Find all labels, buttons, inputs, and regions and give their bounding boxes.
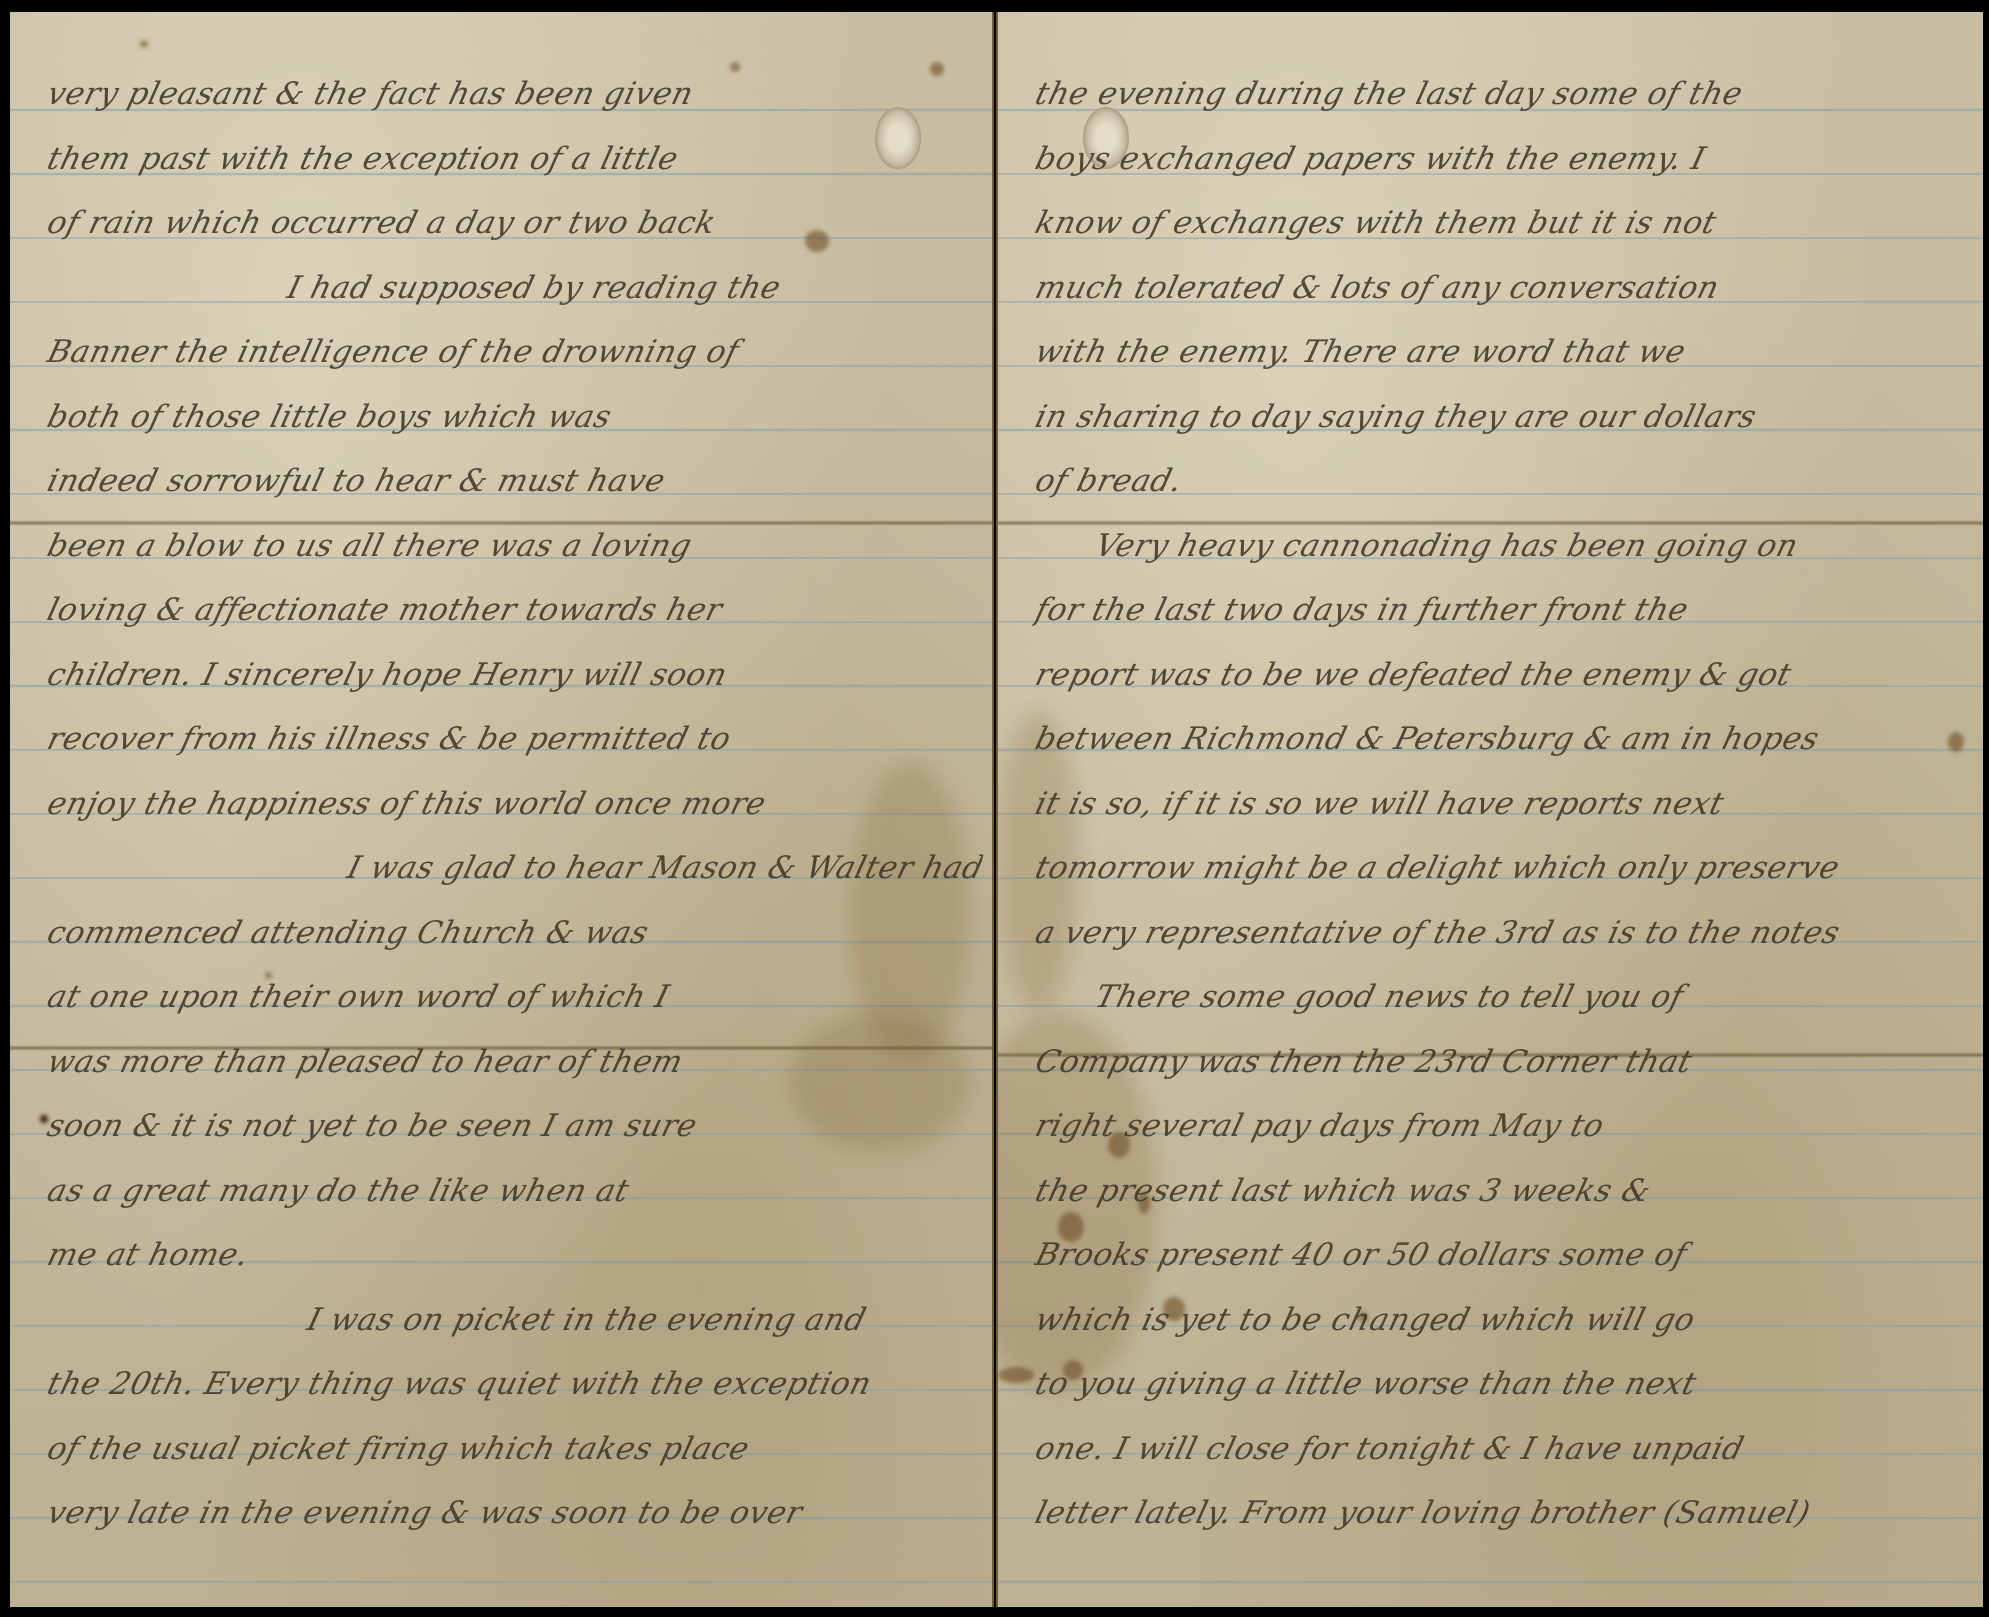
handwritten-line: both of those little boys which was bbox=[40, 385, 988, 450]
handwritten-line: I was glad to hear Mason & Walter had bbox=[40, 836, 988, 901]
handwritten-line: indeed sorrowful to hear & must have bbox=[40, 449, 988, 514]
handwritten-line: the 20th. Every thing was quiet with the… bbox=[40, 1352, 988, 1417]
letter-scan: very pleasant & the fact has been given … bbox=[10, 12, 1981, 1607]
handwritten-line: letter lately. From your loving brother … bbox=[1028, 1481, 1979, 1546]
handwritten-line: the present last which was 3 weeks & bbox=[1028, 1159, 1979, 1224]
handwritten-line: me at home. bbox=[40, 1223, 988, 1288]
handwritten-line: at one upon their own word of which I bbox=[40, 965, 988, 1030]
handwritten-line: with the enemy. There are word that we bbox=[1028, 320, 1979, 385]
handwritten-line: recover from his illness & be permitted … bbox=[40, 707, 988, 772]
handwritten-line: between Richmond & Petersburg & am in ho… bbox=[1028, 707, 1979, 772]
handwritten-line: was more than pleased to hear of them bbox=[40, 1030, 988, 1095]
handwritten-line: soon & it is not yet to be seen I am sur… bbox=[40, 1094, 988, 1159]
handwritten-line: right several pay days from May to bbox=[1028, 1094, 1979, 1159]
left-page: very pleasant & the fact has been given … bbox=[10, 12, 994, 1607]
handwritten-line: of the usual picket firing which takes p… bbox=[40, 1417, 988, 1482]
handwritten-line: to you giving a little worse than the ne… bbox=[1028, 1352, 1979, 1417]
handwritten-line: I had supposed by reading the bbox=[40, 256, 988, 321]
handwritten-line: of bread. bbox=[1028, 449, 1979, 514]
right-page-text: the evening during the last day some of … bbox=[1028, 62, 1963, 1546]
handwritten-line: much tolerated & lots of any conversatio… bbox=[1028, 256, 1979, 321]
handwritten-line: tomorrow might be a delight which only p… bbox=[1028, 836, 1979, 901]
handwritten-line: enjoy the happiness of this world once m… bbox=[40, 772, 988, 837]
handwritten-line: very late in the evening & was soon to b… bbox=[40, 1481, 988, 1546]
handwritten-line: know of exchanges with them but it is no… bbox=[1028, 191, 1979, 256]
left-page-text: very pleasant & the fact has been given … bbox=[40, 62, 972, 1546]
handwritten-line: a very representative of the 3rd as is t… bbox=[1028, 901, 1979, 966]
handwritten-line: it is so, if it is so we will have repor… bbox=[1028, 772, 1979, 837]
ink-spot bbox=[140, 40, 148, 48]
handwritten-line: Banner the intelligence of the drowning … bbox=[40, 320, 988, 385]
handwritten-line: the evening during the last day some of … bbox=[1028, 62, 1979, 127]
handwritten-line: as a great many do the like when at bbox=[40, 1159, 988, 1224]
handwritten-line: There some good news to tell you of bbox=[1028, 965, 1979, 1030]
handwritten-line: Very heavy cannonading has been going on bbox=[1028, 514, 1979, 579]
handwritten-line: Company was then the 23rd Corner that bbox=[1028, 1030, 1979, 1095]
handwritten-line: one. I will close for tonight & I have u… bbox=[1028, 1417, 1979, 1482]
handwritten-line: children. I sincerely hope Henry will so… bbox=[40, 643, 988, 708]
handwritten-line: report was to be we defeated the enemy &… bbox=[1028, 643, 1979, 708]
handwritten-line: Brooks present 40 or 50 dollars some of bbox=[1028, 1223, 1979, 1288]
handwritten-line: for the last two days in further front t… bbox=[1028, 578, 1979, 643]
handwritten-line: them past with the exception of a little bbox=[40, 127, 988, 192]
handwritten-line: loving & affectionate mother towards her bbox=[40, 578, 988, 643]
handwritten-line: very pleasant & the fact has been given bbox=[40, 62, 988, 127]
handwritten-line: been a blow to us all there was a loving bbox=[40, 514, 988, 579]
handwritten-line: commenced attending Church & was bbox=[40, 901, 988, 966]
handwritten-line: in sharing to day saying they are our do… bbox=[1028, 385, 1979, 450]
handwritten-line: boys exchanged papers with the enemy. I bbox=[1028, 127, 1979, 192]
handwritten-line: of rain which occurred a day or two back bbox=[40, 191, 988, 256]
handwritten-line: I was on picket in the evening and bbox=[40, 1288, 988, 1353]
right-page: the evening during the last day some of … bbox=[996, 12, 1983, 1607]
handwritten-line: which is yet to be changed which will go bbox=[1028, 1288, 1979, 1353]
